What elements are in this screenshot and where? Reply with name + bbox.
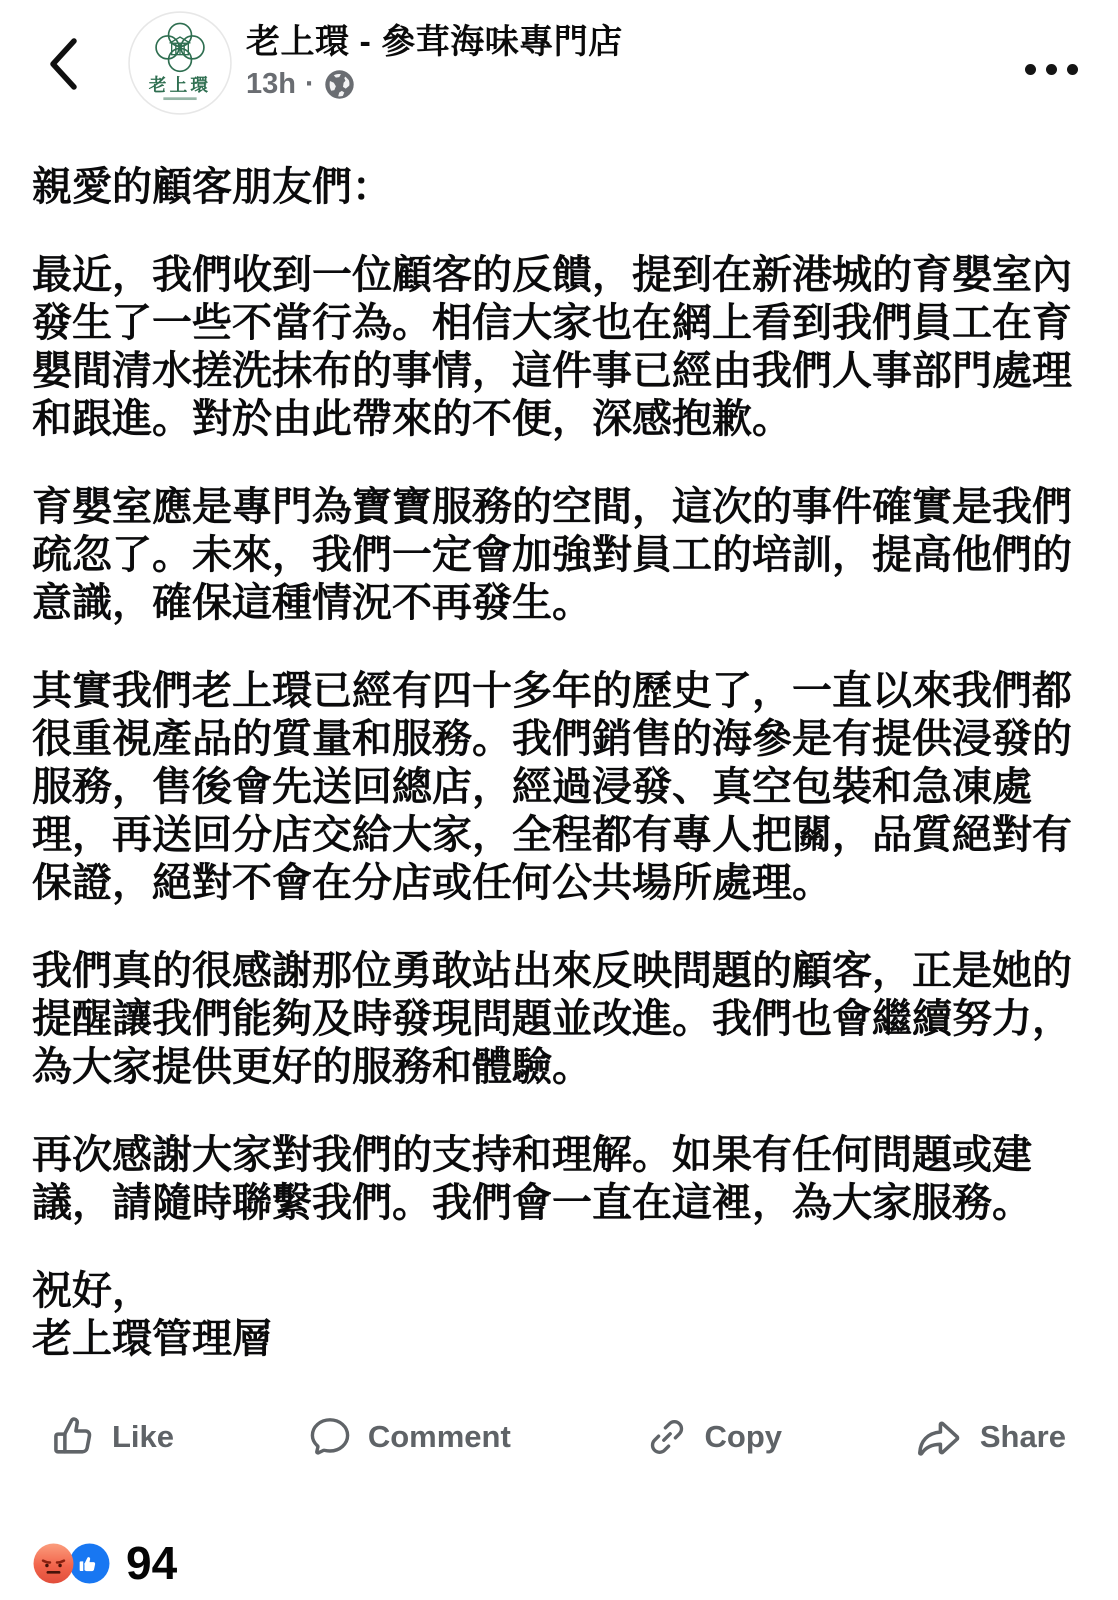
post-paragraph: 我們真的很感謝那位勇敢站出來反映問題的顧客，正是她的提醒讓我們能夠及時發現問題並… bbox=[32, 947, 1074, 1091]
shop-logo: 老上環 bbox=[128, 11, 232, 115]
comment-button[interactable]: Comment bbox=[306, 1413, 511, 1461]
action-bar: Like Comment Copy bbox=[0, 1408, 1118, 1466]
like-reaction-icon bbox=[69, 1543, 110, 1584]
reaction-count: 94 bbox=[126, 1536, 177, 1590]
post-paragraph: 親愛的顧客朋友們： bbox=[32, 163, 1074, 211]
post-content: 親愛的顧客朋友們： 最近，我們收到一位顧客的反饋，提到在新港城的育嬰室內發生了一… bbox=[0, 163, 1118, 1363]
ellipsis-dot bbox=[1046, 64, 1057, 75]
facebook-post-page: 老上環 老上環 - 參茸海味專門店 13h · bbox=[0, 0, 1118, 1600]
share-label: Share bbox=[980, 1419, 1066, 1455]
like-button[interactable]: Like bbox=[48, 1412, 174, 1462]
post-closing: 祝好， bbox=[32, 1267, 1074, 1315]
post-paragraph: 再次感謝大家對我們的支持和理解。如果有任何問題或建議，請隨時聯繫我們。我們會一直… bbox=[32, 1131, 1074, 1227]
post-signature: 老上環管理層 bbox=[32, 1315, 1074, 1363]
copy-label: Copy bbox=[705, 1419, 783, 1455]
chevron-left-icon bbox=[46, 37, 80, 94]
comment-label: Comment bbox=[368, 1419, 511, 1455]
like-label: Like bbox=[112, 1419, 174, 1455]
reactions-summary[interactable]: 94 bbox=[0, 1536, 1118, 1590]
post-meta: 13h · bbox=[246, 68, 623, 101]
more-options-button[interactable] bbox=[1023, 56, 1080, 83]
comment-icon bbox=[306, 1413, 354, 1461]
globe-icon bbox=[324, 69, 355, 100]
ellipsis-dot bbox=[1025, 64, 1036, 75]
page-avatar[interactable]: 老上環 bbox=[128, 11, 232, 115]
thumbs-up-icon bbox=[48, 1412, 98, 1462]
header-text: 老上環 - 參茸海味專門店 13h · bbox=[246, 20, 623, 101]
svg-text:老上環: 老上環 bbox=[148, 74, 211, 95]
page-name[interactable]: 老上環 - 參茸海味專門店 bbox=[246, 20, 623, 64]
back-button[interactable] bbox=[42, 36, 84, 94]
ellipsis-dot bbox=[1067, 64, 1078, 75]
post-paragraph: 育嬰室應是專門為寶寶服務的空間，這次的事件確實是我們疏忽了。未來，我們一定會加強… bbox=[32, 483, 1074, 627]
post-paragraph: 最近，我們收到一位顧客的反饋，提到在新港城的育嬰室內發生了一些不當行為。相信大家… bbox=[32, 251, 1074, 443]
share-icon bbox=[914, 1412, 966, 1462]
meta-separator: · bbox=[305, 68, 315, 101]
share-button[interactable]: Share bbox=[914, 1412, 1066, 1462]
copy-button[interactable]: Copy bbox=[643, 1413, 783, 1461]
post-paragraph: 其實我們老上環已經有四十多年的歷史了，一直以來我們都很重視產品的質量和服務。我們… bbox=[32, 667, 1074, 907]
link-icon bbox=[643, 1413, 691, 1461]
post-header: 老上環 老上環 - 參茸海味專門店 13h · bbox=[0, 0, 1118, 126]
timestamp: 13h bbox=[246, 68, 296, 101]
angry-reaction-icon bbox=[33, 1543, 74, 1584]
